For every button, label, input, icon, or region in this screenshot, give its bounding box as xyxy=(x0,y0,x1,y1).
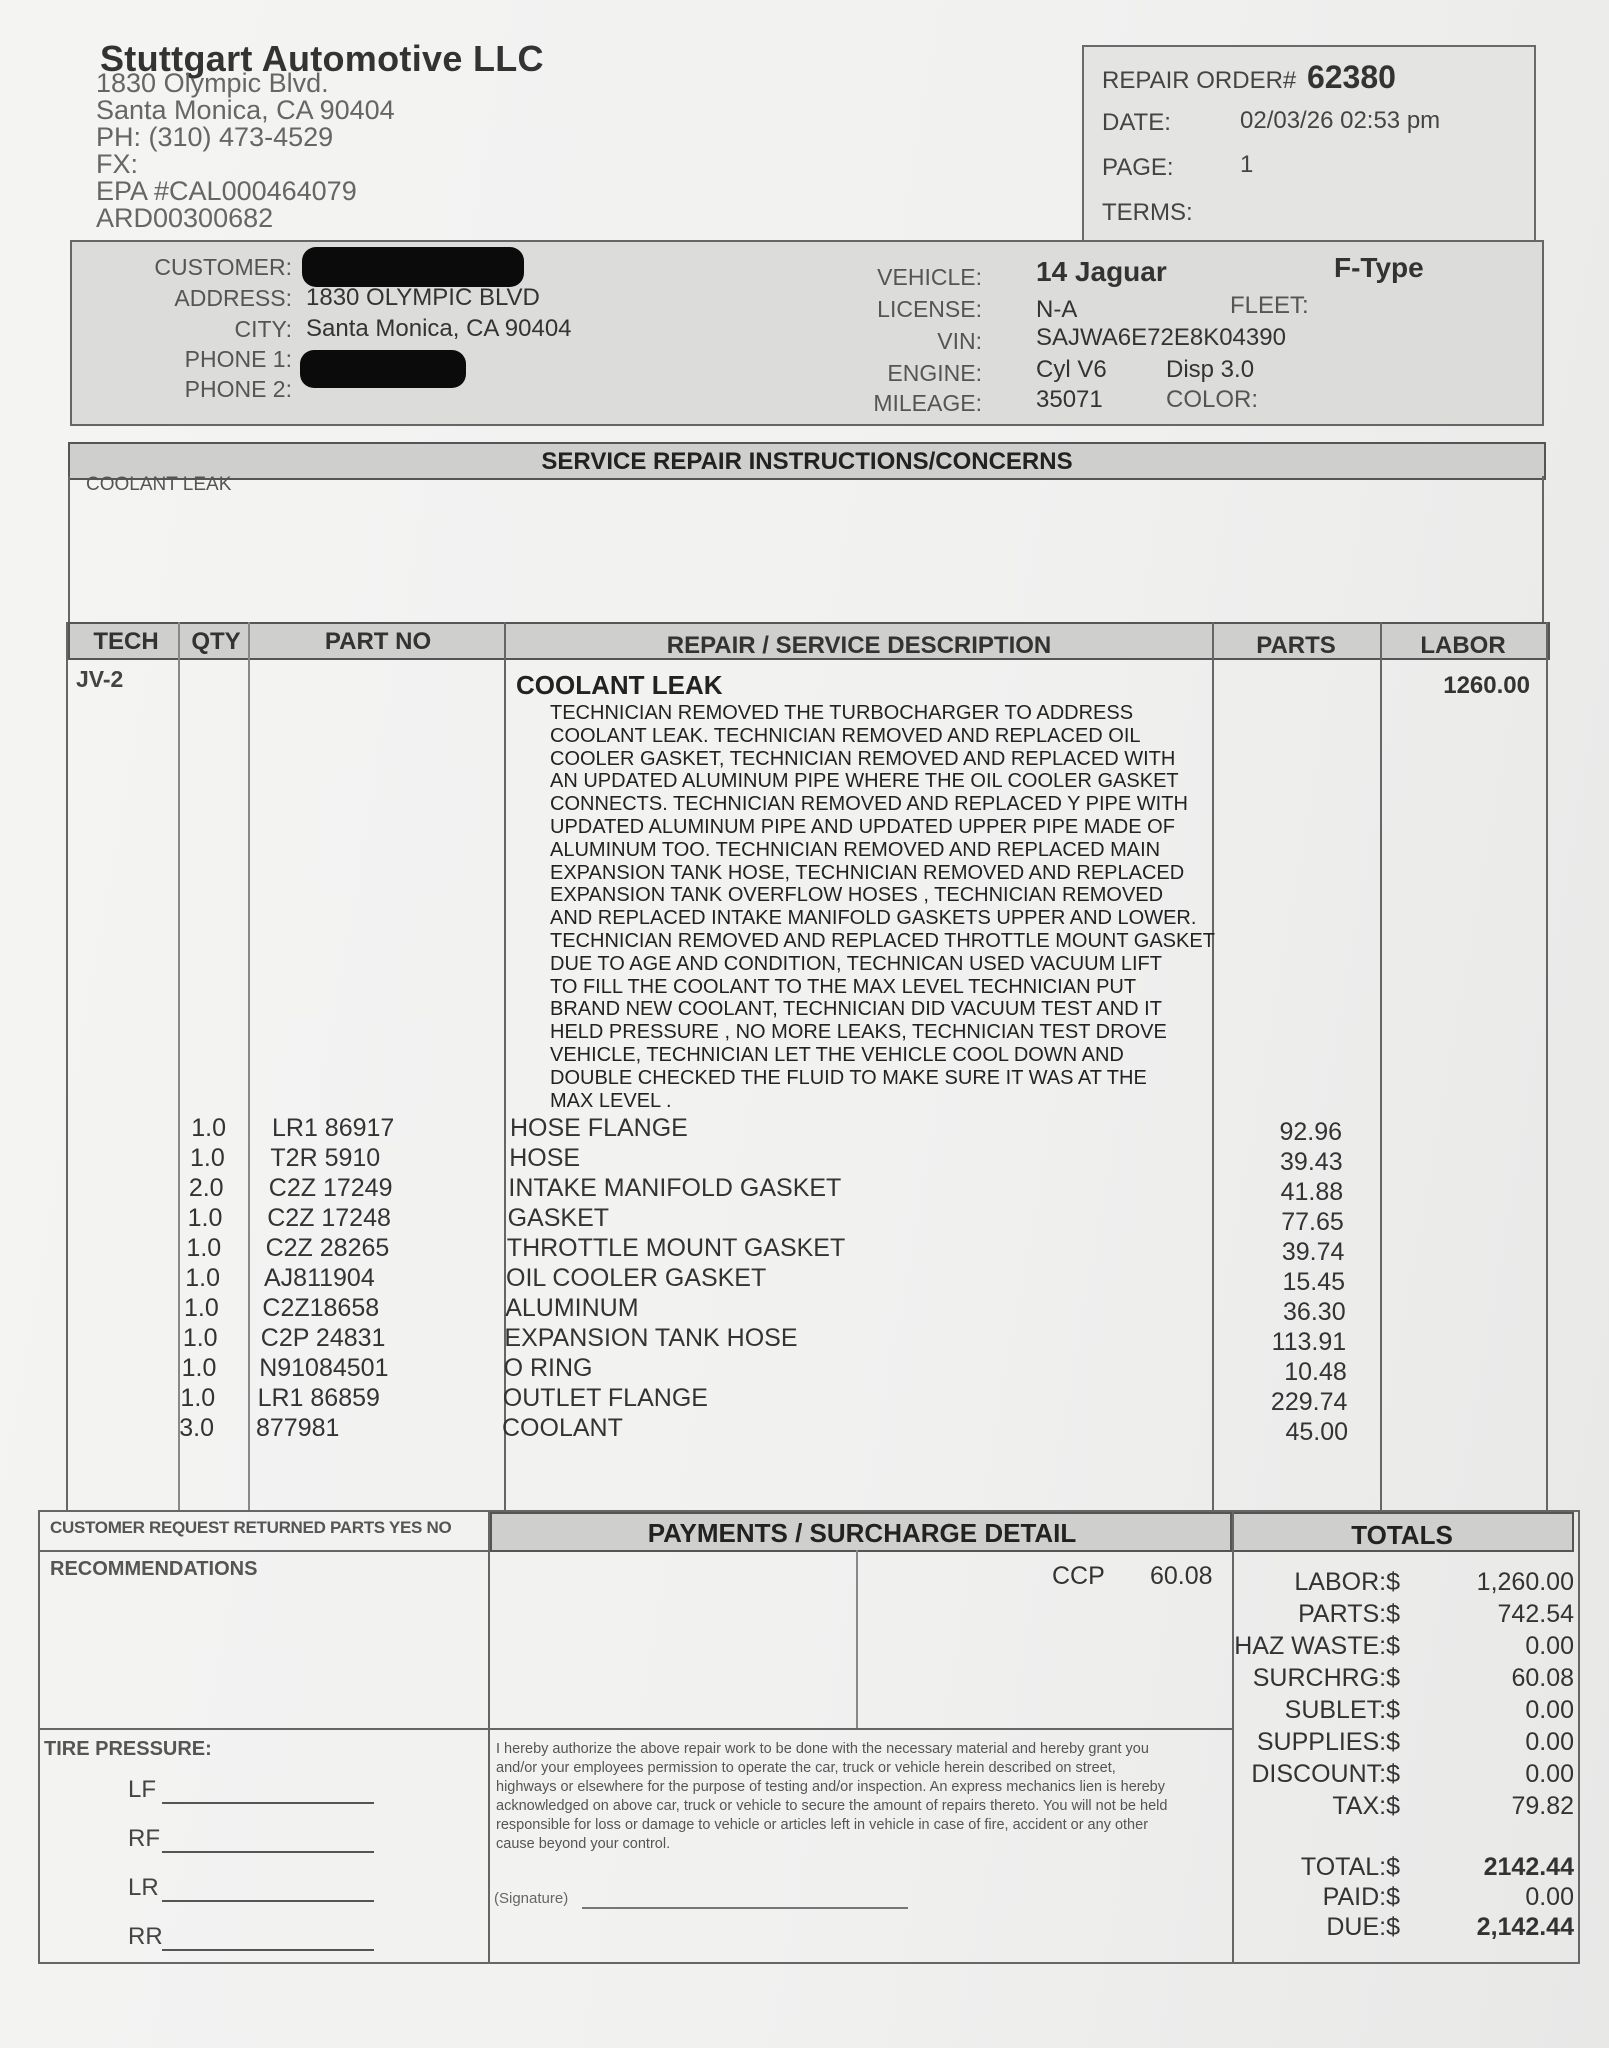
engine-cyl: Cyl V6 xyxy=(1036,356,1107,384)
part-description: ALUMINUM xyxy=(505,1294,638,1323)
authorization-text: I hereby authorize the above repair work… xyxy=(496,1740,1176,1854)
totals-value: 1,260.00 xyxy=(1404,1568,1574,1597)
phone2-label: PHONE 2: xyxy=(92,376,292,403)
description-line: VEHICLE, TECHNICIAN LET THE VEHICLE COOL… xyxy=(550,1044,1250,1067)
date-label: DATE: xyxy=(1102,109,1171,137)
shop-phone: PH: (310) 473-4529 xyxy=(96,124,333,150)
recommendations-top-border xyxy=(40,1550,490,1552)
part-description: HOSE FLANGE xyxy=(510,1114,688,1143)
customer-vehicle-panel: CUSTOMER: ADDRESS: 1830 OLYMPIC BLVD CIT… xyxy=(70,240,1544,426)
shop-address-line: 1830 Olympic Blvd. xyxy=(96,70,329,96)
totals-header: TOTALS xyxy=(1230,1512,1574,1552)
vehicle-model: F-Type xyxy=(1334,252,1424,284)
totals-value: 60.08 xyxy=(1404,1664,1574,1693)
col-description: REPAIR / SERVICE DESCRIPTION xyxy=(506,632,1212,660)
returned-parts-text: CUSTOMER REQUEST RETURNED PARTS YES NO xyxy=(50,1518,451,1538)
description-line: TECHNICIAN REMOVED THE TURBOCHARGER TO A… xyxy=(550,702,1250,725)
part-qty: 1.0 xyxy=(149,1294,219,1323)
part-description: GASKET xyxy=(508,1204,609,1233)
part-number: T2R 5910 xyxy=(270,1144,380,1173)
col-part-no: PART NO xyxy=(250,628,506,656)
part-description: OIL COOLER GASKET xyxy=(506,1264,766,1293)
part-qty: 2.0 xyxy=(154,1174,224,1203)
totals-label: HAZ WASTE:$ xyxy=(1220,1632,1400,1661)
payment-amount: 60.08 xyxy=(1150,1562,1213,1591)
repair-order-document: Stuttgart Automotive LLC 1830 Olympic Bl… xyxy=(0,0,1609,2048)
tire-field-rf[interactable] xyxy=(162,1851,374,1853)
date-value: 02/03/26 02:53 pm xyxy=(1240,107,1440,135)
city-label: CITY: xyxy=(92,316,292,343)
totals-value: 2142.44 xyxy=(1404,1853,1574,1882)
concerns-text: COOLANT LEAK xyxy=(86,474,231,496)
description-line: AN UPDATED ALUMINUM PIPE WHERE THE OIL C… xyxy=(550,770,1250,793)
divider-qty-part xyxy=(248,622,250,1512)
part-price: 15.45 xyxy=(1225,1268,1345,1297)
totals-value: 742.54 xyxy=(1404,1600,1574,1629)
part-description: INTAKE MANIFOLD GASKET xyxy=(508,1174,841,1203)
part-price: 41.88 xyxy=(1223,1178,1343,1207)
part-description: THROTTLE MOUNT GASKET xyxy=(507,1234,845,1263)
job-tech: JV-2 xyxy=(76,666,123,693)
part-qty: 1.0 xyxy=(148,1324,218,1353)
description-line: AND REPLACED INTAKE MANIFOLD GASKETS UPP… xyxy=(550,907,1250,930)
totals-value: 0.00 xyxy=(1404,1883,1574,1912)
part-number: 877981 xyxy=(256,1414,339,1443)
signature-label: (Signature) xyxy=(494,1890,568,1907)
totals-value: 79.82 xyxy=(1404,1792,1574,1821)
totals-label: SUPPLIES:$ xyxy=(1220,1728,1400,1757)
part-description: HOSE xyxy=(509,1144,580,1173)
description-line: COOLANT LEAK. TECHNICIAN REMOVED AND REP… xyxy=(550,725,1250,748)
description-line: UPDATED ALUMINUM PIPE AND UPDATED UPPER … xyxy=(550,816,1250,839)
repair-order-number-row: REPAIR ORDER# 62380 xyxy=(1102,59,1396,96)
color-label: COLOR: xyxy=(1166,386,1258,414)
divider-payments-inner xyxy=(856,1550,858,1730)
vehicle-label: VEHICLE: xyxy=(832,264,982,291)
concerns-left-border xyxy=(68,476,70,622)
part-number: C2Z 17249 xyxy=(269,1174,393,1203)
totals-value: 0.00 xyxy=(1404,1728,1574,1757)
tire-field-lf[interactable] xyxy=(162,1802,374,1804)
repair-order-label: REPAIR ORDER# xyxy=(1102,67,1296,94)
description-line: EXPANSION TANK HOSE, TECHNICIAN REMOVED … xyxy=(550,862,1250,885)
part-number: LR1 86917 xyxy=(272,1114,394,1143)
col-qty: QTY xyxy=(180,628,252,656)
description-line: BRAND NEW COOLANT, TECHNICIAN DID VACUUM… xyxy=(550,998,1250,1021)
part-price: 39.43 xyxy=(1223,1148,1343,1177)
shop-epa: EPA #CAL000464079 xyxy=(96,178,357,204)
part-qty: 3.0 xyxy=(144,1414,214,1443)
job-title: COOLANT LEAK xyxy=(516,670,723,701)
description-line: CONNECTS. TECHNICIAN REMOVED AND REPLACE… xyxy=(550,793,1250,816)
bottom-bottom-border xyxy=(38,1962,1580,1964)
description-line: MAX LEVEL . xyxy=(550,1090,1250,1113)
part-price: 77.65 xyxy=(1224,1208,1344,1237)
totals-label: PAID:$ xyxy=(1220,1883,1400,1912)
mileage-label: MILEAGE: xyxy=(832,390,982,417)
totals-label: DUE:$ xyxy=(1220,1913,1400,1942)
totals-value: 0.00 xyxy=(1404,1760,1574,1789)
engine-label: ENGINE: xyxy=(832,360,982,387)
part-number: N91084501 xyxy=(259,1354,388,1383)
part-price: 113.91 xyxy=(1226,1328,1346,1357)
part-number: C2Z 28265 xyxy=(266,1234,390,1263)
part-qty: 1.0 xyxy=(156,1114,226,1143)
shop-fax: FX: xyxy=(96,151,138,177)
phone1-redacted xyxy=(300,350,466,388)
payment-code: CCP xyxy=(1052,1562,1105,1591)
tire-field-rr[interactable] xyxy=(162,1949,374,1951)
part-price: 45.00 xyxy=(1228,1418,1348,1447)
part-qty: 1.0 xyxy=(152,1204,222,1233)
tire-field-lr[interactable] xyxy=(162,1900,374,1902)
totals-label: DISCOUNT:$ xyxy=(1220,1760,1400,1789)
engine-disp: Disp 3.0 xyxy=(1166,356,1254,384)
part-description: O RING xyxy=(504,1354,593,1383)
part-description: COOLANT xyxy=(502,1414,623,1443)
totals-label: PARTS:$ xyxy=(1220,1600,1400,1629)
part-qty: 1.0 xyxy=(151,1234,221,1263)
job-labor: 1260.00 xyxy=(1400,672,1530,700)
description-line: TECHNICIAN REMOVED AND REPLACED THROTTLE… xyxy=(550,930,1250,953)
part-price: 10.48 xyxy=(1227,1358,1347,1387)
vehicle-year-make: 14 Jaguar xyxy=(1036,256,1167,288)
totals-value: 0.00 xyxy=(1404,1632,1574,1661)
legal-top-border xyxy=(38,1728,1234,1730)
license-value: N-A xyxy=(1036,296,1077,324)
part-price: 229.74 xyxy=(1227,1388,1347,1417)
customer-name-redacted xyxy=(302,247,524,287)
part-number: LR1 86859 xyxy=(258,1384,380,1413)
recommendations-label: RECOMMENDATIONS xyxy=(50,1558,257,1581)
description-line: TO FILL THE COOLANT TO THE MAX LEVEL TEC… xyxy=(550,976,1250,999)
repair-order-number: 62380 xyxy=(1307,59,1396,95)
customer-label: CUSTOMER: xyxy=(92,254,292,281)
table-left-border xyxy=(66,622,68,1512)
description-line: DUE TO AGE AND CONDITION, TECHNICAN USED… xyxy=(550,953,1250,976)
part-price: 92.96 xyxy=(1222,1118,1342,1147)
customer-address: 1830 OLYMPIC BLVD xyxy=(306,284,540,312)
description-line: ALUMINUM TOO. TECHNICIAN REMOVED AND REP… xyxy=(550,839,1250,862)
tire-pressure-label: TIRE PRESSURE: xyxy=(44,1738,212,1761)
shop-ard: ARD00300682 xyxy=(96,205,273,231)
shop-city-line: Santa Monica, CA 90404 xyxy=(96,97,395,123)
part-qty: 1.0 xyxy=(146,1354,216,1383)
part-number: AJ811904 xyxy=(264,1264,375,1293)
part-number: C2P 24831 xyxy=(261,1324,386,1353)
table-right-border xyxy=(1546,622,1548,1512)
totals-value: 2,142.44 xyxy=(1404,1913,1574,1942)
bottom-left-border xyxy=(38,1510,40,1964)
part-number: C2Z 17248 xyxy=(267,1204,391,1233)
totals-label: SURCHRG:$ xyxy=(1220,1664,1400,1693)
signature-line[interactable] xyxy=(582,1907,908,1909)
part-price: 36.30 xyxy=(1226,1298,1346,1327)
terms-label: TERMS: xyxy=(1102,199,1193,227)
part-description: EXPANSION TANK HOSE xyxy=(504,1324,797,1353)
fleet-label: FLEET: xyxy=(1230,292,1309,320)
tire-label-lr: LR xyxy=(128,1874,159,1902)
col-labor: LABOR xyxy=(1380,632,1546,660)
description-line: DOUBLE CHECKED THE FLUID TO MAKE SURE IT… xyxy=(550,1067,1250,1090)
col-parts: PARTS xyxy=(1212,632,1380,660)
totals-label: TOTAL:$ xyxy=(1220,1853,1400,1882)
phone1-label: PHONE 1: xyxy=(92,346,292,373)
mileage-value: 35071 xyxy=(1036,386,1103,414)
payments-header: PAYMENTS / SURCHARGE DETAIL xyxy=(490,1512,1234,1552)
divider-parts-labor xyxy=(1380,622,1382,1512)
part-qty: 1.0 xyxy=(145,1384,215,1413)
tire-label-rf: RF xyxy=(128,1825,160,1853)
page-value: 1 xyxy=(1240,151,1253,179)
description-line: EXPANSION TANK OVERFLOW HOSES , TECHNICI… xyxy=(550,884,1250,907)
description-line: HELD PRESSURE , NO MORE LEAKS, TECHNICIA… xyxy=(550,1021,1250,1044)
tire-label-rr: RR xyxy=(128,1923,163,1951)
job-description: TECHNICIAN REMOVED THE TURBOCHARGER TO A… xyxy=(550,702,1250,1112)
license-label: LICENSE: xyxy=(832,296,982,323)
vin-label: VIN: xyxy=(832,328,982,355)
part-description: OUTLET FLANGE xyxy=(503,1384,708,1413)
col-tech: TECH xyxy=(72,628,180,656)
concerns-header: SERVICE REPAIR INSTRUCTIONS/CONCERNS xyxy=(68,442,1546,480)
part-qty: 1.0 xyxy=(155,1144,225,1173)
description-line: COOLER GASKET, TECHNICIAN REMOVED AND RE… xyxy=(550,748,1250,771)
totals-value: 0.00 xyxy=(1404,1696,1574,1725)
part-number: C2Z18658 xyxy=(262,1294,379,1323)
customer-city: Santa Monica, CA 90404 xyxy=(306,315,572,343)
totals-label: LABOR:$ xyxy=(1220,1568,1400,1597)
part-qty: 1.0 xyxy=(150,1264,220,1293)
totals-label: TAX:$ xyxy=(1220,1792,1400,1821)
vin-value: SAJWA6E72E8K04390 xyxy=(1036,324,1286,352)
part-price: 39.74 xyxy=(1224,1238,1344,1267)
page-label: PAGE: xyxy=(1102,154,1174,182)
concerns-right-border xyxy=(1542,476,1544,622)
divider-recommend-payments xyxy=(488,1510,490,1964)
repair-order-box: REPAIR ORDER# 62380 DATE: 02/03/26 02:53… xyxy=(1082,45,1536,242)
totals-label: SUBLET:$ xyxy=(1220,1696,1400,1725)
bottom-right-border xyxy=(1578,1510,1580,1964)
address-label: ADDRESS: xyxy=(92,285,292,312)
tire-label-lf: LF xyxy=(128,1776,156,1804)
